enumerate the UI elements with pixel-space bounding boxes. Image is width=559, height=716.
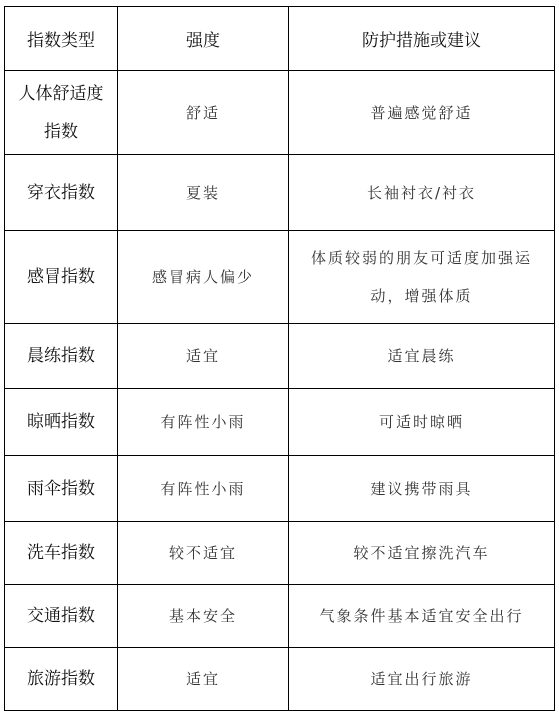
advice-cell: 适宜晨练 — [289, 324, 555, 389]
strength-cell: 夏装 — [118, 155, 289, 231]
strength-cell: 较不适宜 — [118, 522, 289, 585]
strength-cell: 基本安全 — [118, 585, 289, 648]
table-row: 人体舒适度指数 舒适 普遍感觉舒适 — [5, 71, 555, 155]
index-type-cell: 穿衣指数 — [5, 155, 118, 231]
advice-cell: 长袖衬衣/衬衣 — [289, 155, 555, 231]
header-strength: 强度 — [118, 7, 289, 71]
index-type-cell: 旅游指数 — [5, 648, 118, 711]
advice-cell: 建议携带雨具 — [289, 456, 555, 522]
table-row: 穿衣指数 夏装 长袖衬衣/衬衣 — [5, 155, 555, 231]
index-type-cell: 晾晒指数 — [5, 389, 118, 456]
table-row: 旅游指数 适宜 适宜出行旅游 — [5, 648, 555, 711]
header-row: 指数类型 强度 防护措施或建议 — [5, 7, 555, 71]
table-row: 晨练指数 适宜 适宜晨练 — [5, 324, 555, 389]
weather-index-table: 指数类型 强度 防护措施或建议 人体舒适度指数 舒适 普遍感觉舒适 穿衣指数 夏… — [4, 6, 555, 711]
strength-cell: 有阵性小雨 — [118, 456, 289, 522]
table-row: 晾晒指数 有阵性小雨 可适时晾晒 — [5, 389, 555, 456]
index-type-cell: 洗车指数 — [5, 522, 118, 585]
index-type-cell: 交通指数 — [5, 585, 118, 648]
table-row: 洗车指数 较不适宜 较不适宜擦洗汽车 — [5, 522, 555, 585]
advice-cell: 气象条件基本适宜安全出行 — [289, 585, 555, 648]
strength-cell: 有阵性小雨 — [118, 389, 289, 456]
table-row: 交通指数 基本安全 气象条件基本适宜安全出行 — [5, 585, 555, 648]
table-row: 感冒指数 感冒病人偏少 体质较弱的朋友可适度加强运动，增强体质 — [5, 231, 555, 324]
strength-cell: 感冒病人偏少 — [118, 231, 289, 324]
header-index-type: 指数类型 — [5, 7, 118, 71]
index-type-cell: 晨练指数 — [5, 324, 118, 389]
strength-cell: 适宜 — [118, 648, 289, 711]
header-advice: 防护措施或建议 — [289, 7, 555, 71]
strength-cell: 适宜 — [118, 324, 289, 389]
index-type-cell: 感冒指数 — [5, 231, 118, 324]
table-row: 雨伞指数 有阵性小雨 建议携带雨具 — [5, 456, 555, 522]
advice-cell: 适宜出行旅游 — [289, 648, 555, 711]
index-type-cell: 雨伞指数 — [5, 456, 118, 522]
advice-cell: 普遍感觉舒适 — [289, 71, 555, 155]
index-type-cell: 人体舒适度指数 — [5, 71, 118, 155]
advice-cell: 可适时晾晒 — [289, 389, 555, 456]
strength-cell: 舒适 — [118, 71, 289, 155]
advice-cell: 较不适宜擦洗汽车 — [289, 522, 555, 585]
advice-cell: 体质较弱的朋友可适度加强运动，增强体质 — [289, 231, 555, 324]
